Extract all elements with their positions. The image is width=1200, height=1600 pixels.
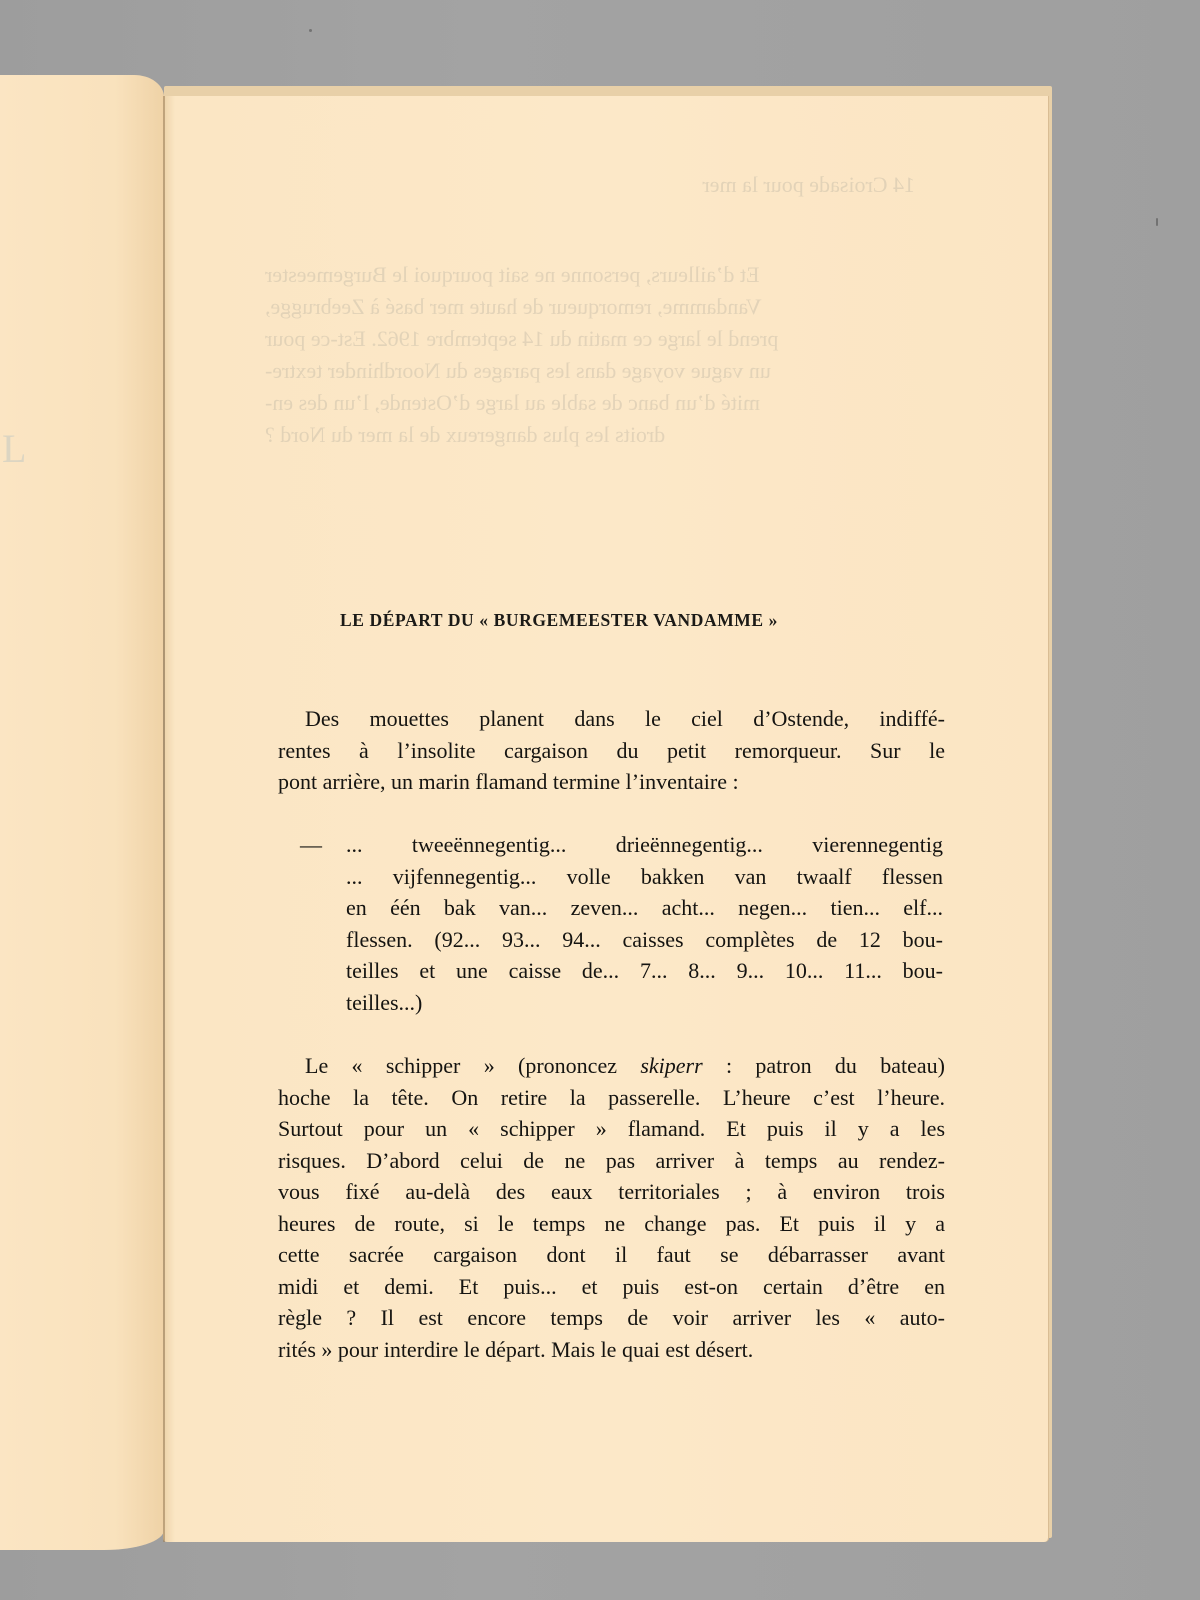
text-line: vous fixé au-delà des eaux territoriales… (278, 1176, 945, 1208)
paragraph-1: Des mouettes planent dans le ciel d’Oste… (278, 703, 945, 798)
text-line: cette sacrée cargaison dont il faut se d… (278, 1239, 945, 1271)
show-through-header: 14 Croisade pour la mer (265, 172, 915, 198)
italic-term: skiperr (640, 1053, 702, 1078)
dialogue-line: en één bak van... zeven... acht... negen… (346, 892, 943, 924)
show-through-line: Et d’ailleurs, personne ne sait pourquoi… (265, 262, 759, 288)
show-through-line: Vandamme, remorqueur de haute mer basé à… (265, 294, 762, 320)
text-line: midi et demi. Et puis... et puis est-on … (278, 1271, 945, 1303)
show-through-line: prend le large ce matin du 14 septembre … (265, 326, 778, 352)
dialogue-block: — ... tweeënnegentig... drieënnegentig..… (306, 829, 943, 1018)
left-page: L (0, 75, 164, 1550)
text-line: Le « schipper » (prononcez skiperr : pat… (278, 1050, 945, 1082)
paragraph-2: Le « schipper » (prononcez skiperr : pat… (278, 1050, 945, 1365)
dialogue-line: teilles et une caisse de... 7... 8... 9.… (346, 955, 943, 987)
show-through-line: mité d’un banc de sable au large d’Osten… (265, 390, 760, 416)
dust-speck (1156, 218, 1158, 226)
book-gutter (163, 96, 165, 1542)
text-line: hoche la tête. On retire la passerelle. … (278, 1082, 945, 1114)
section-title: LE DÉPART DU « BURGEMEESTER VANDAMME » (340, 610, 900, 631)
text-line: Des mouettes planent dans le ciel d’Oste… (278, 703, 945, 735)
show-through-line: un vague voyage dans les parages du Noor… (265, 358, 771, 384)
text-line: rentes à l’insolite cargaison du petit r… (278, 735, 945, 767)
show-through-line: droits les plus dangereux de la mer du N… (265, 422, 665, 448)
dialogue-line: teilles...) (346, 987, 943, 1019)
left-page-show-through-letter: L (2, 425, 26, 472)
text-line: règle ? Il est encore temps de voir arri… (278, 1302, 945, 1334)
dialogue-line: flessen. (92... 93... 94... caisses comp… (346, 924, 943, 956)
dialogue-line: ... tweeënnegentig... drieënnegentig... … (346, 829, 943, 861)
text-line: heures de route, si le temps ne change p… (278, 1208, 945, 1240)
text-line: pont arrière, un marin flamand termine l… (278, 766, 945, 798)
dust-speck (309, 29, 312, 32)
dialogue-dash: — (300, 829, 322, 861)
dialogue-line: ... vijfennegentig... volle bakken van t… (346, 861, 943, 893)
text-line: rités » pour interdire le départ. Mais l… (278, 1334, 945, 1366)
text-line: risques. D’abord celui de ne pas arriver… (278, 1145, 945, 1177)
text-line: Surtout pour un « schipper » flamand. Et… (278, 1113, 945, 1145)
